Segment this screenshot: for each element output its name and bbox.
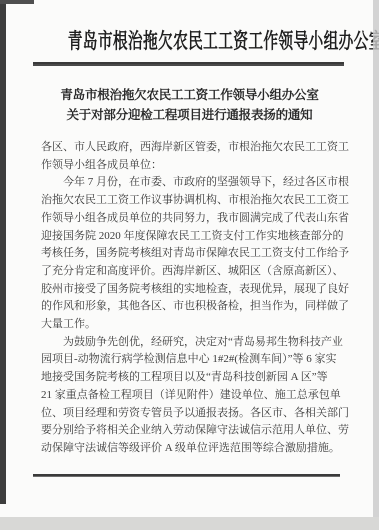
body-text-line: 迎接国务院 2020 年度保障农民工工资支付工作实地核查部分的 bbox=[41, 228, 341, 246]
scan-edge-bottom bbox=[0, 517, 379, 530]
body-text-line: 各区、市人民政府，西海岸新区管委，市根治拖欠农民工工资工 bbox=[41, 139, 341, 157]
scan-edge-right bbox=[373, 0, 379, 530]
footer-divider-line bbox=[33, 474, 340, 477]
body-text-line: 作领导小组各成员单位： bbox=[41, 157, 341, 175]
scan-edge-top-mark bbox=[0, 0, 34, 4]
body-text-line: 要分别给予将相关企业纳入劳动保障守法诚信示范用人单位、劳 bbox=[41, 422, 341, 440]
body-text-line: 地接受国务院考核的工程项目以及“青岛科技创新园 A 区”等 bbox=[41, 369, 341, 387]
document-body: 各区、市人民政府，西海岸新区管委，市根治拖欠农民工工资工作领导小组各成员单位： … bbox=[41, 139, 341, 458]
body-text-line: 21 家重点备检工程项目（详见附件）建设单位、施工总承包单 bbox=[41, 387, 341, 405]
body-text-line: 的作风和形象，其他各区、市也积极备检，担当作为，同样做了 bbox=[41, 298, 341, 316]
letterhead: 青岛市根治拖欠农民工工资工作领导小组办公室 bbox=[0, 28, 379, 54]
letterhead-divider-line bbox=[33, 62, 344, 66]
body-text-line: 胶州市接受了国务院考核组的实地检查，表现优异，展现了良好 bbox=[41, 281, 341, 299]
scanned-document-page: 青岛市根治拖欠农民工工资工作领导小组办公室 青岛市根治拖欠农民工工资工作领导小组… bbox=[0, 0, 379, 530]
document-title-line1: 青岛市根治拖欠农民工工资工作领导小组办公室 bbox=[0, 86, 379, 106]
body-text-line: 了充分肯定和高度评价。西海岸新区、城阳区（含原高新区）、 bbox=[41, 263, 341, 281]
body-text-line: 园项目-动物流行病学检测信息中心 1#2#(检测车间）”等 6 家实 bbox=[41, 351, 341, 369]
scanned-notice-screenshot: { "document": { "letterhead": "青岛市根治拖欠农民… bbox=[0, 0, 379, 530]
document-title: 青岛市根治拖欠农民工工资工作领导小组办公室 关于对部分迎检工程项目进行通报表扬的… bbox=[0, 86, 379, 125]
letterhead-org-name: 青岛市根治拖欠农民工工资工作领导小组办公室 bbox=[68, 28, 379, 54]
body-text-line: 治拖欠农民工工资工作议事协调机构、市根治拖欠农民工工资工 bbox=[41, 192, 341, 210]
body-text-line: 今年 7 月份，在市委、市政府的坚强领导下，经过各区市根 bbox=[41, 174, 341, 192]
body-text-line: 位、项目经理和劳资专管员予以通报表扬。各区市、各相关部门 bbox=[41, 405, 341, 423]
body-text-line: 大量工作。 bbox=[41, 316, 341, 334]
scan-edge-left bbox=[0, 0, 6, 504]
body-text-line: 动保障守法诚信等级评价 A 级单位评选范围等综合激励措施。 bbox=[41, 440, 341, 458]
body-text-line: 作领导小组各成员单位的共同努力，我市圆满完成了代表山东省 bbox=[41, 210, 341, 228]
body-text-line: 为鼓励争先创优，经研究，决定对“青岛易邦生物科技产业 bbox=[41, 334, 341, 352]
document-title-line2: 关于对部分迎检工程项目进行通报表扬的通知 bbox=[0, 106, 379, 126]
body-text-line: 考核任务，国务院考核组对青岛市保障农民工工资支付工作给予 bbox=[41, 245, 341, 263]
